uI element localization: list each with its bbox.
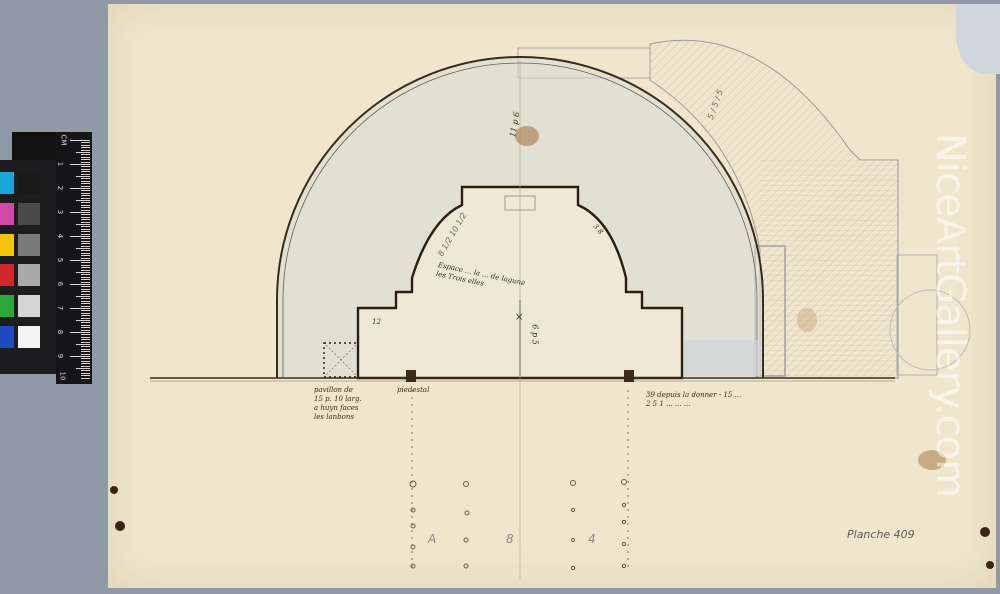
watermark-text: NiceArtGallery.com	[927, 133, 973, 473]
bay-label-4: 4	[588, 532, 596, 546]
pedestal-note: piedestal	[397, 386, 429, 395]
right-note: 39 depuis la donner - 15 ... 2 5 1 ... .…	[646, 391, 741, 409]
plate-label: Planche 409	[847, 528, 915, 541]
dimension-center: 6 p 5	[531, 324, 540, 344]
svg-text:×: ×	[515, 312, 523, 323]
note-line: 2 5 1 ... ... ...	[646, 400, 741, 409]
note-line: pavillon de	[314, 386, 362, 395]
note-line: les lanbons	[314, 413, 362, 422]
pavilion-note: pavillon de 15 p. 10 larg. a huyn faces …	[314, 386, 362, 422]
watermark: NiceArtGallery.com	[920, 130, 980, 460]
bay-label-8: 8	[506, 532, 514, 546]
note-line: 15 p. 10 larg.	[314, 395, 362, 404]
bay-label-a: A	[428, 532, 436, 546]
note-line: 39 depuis la donner - 15 ...	[646, 391, 741, 400]
note-line: a huyn faces	[314, 404, 362, 413]
apse-plan-drawing: ×	[0, 0, 1000, 594]
dimension-small: 12	[372, 318, 381, 327]
